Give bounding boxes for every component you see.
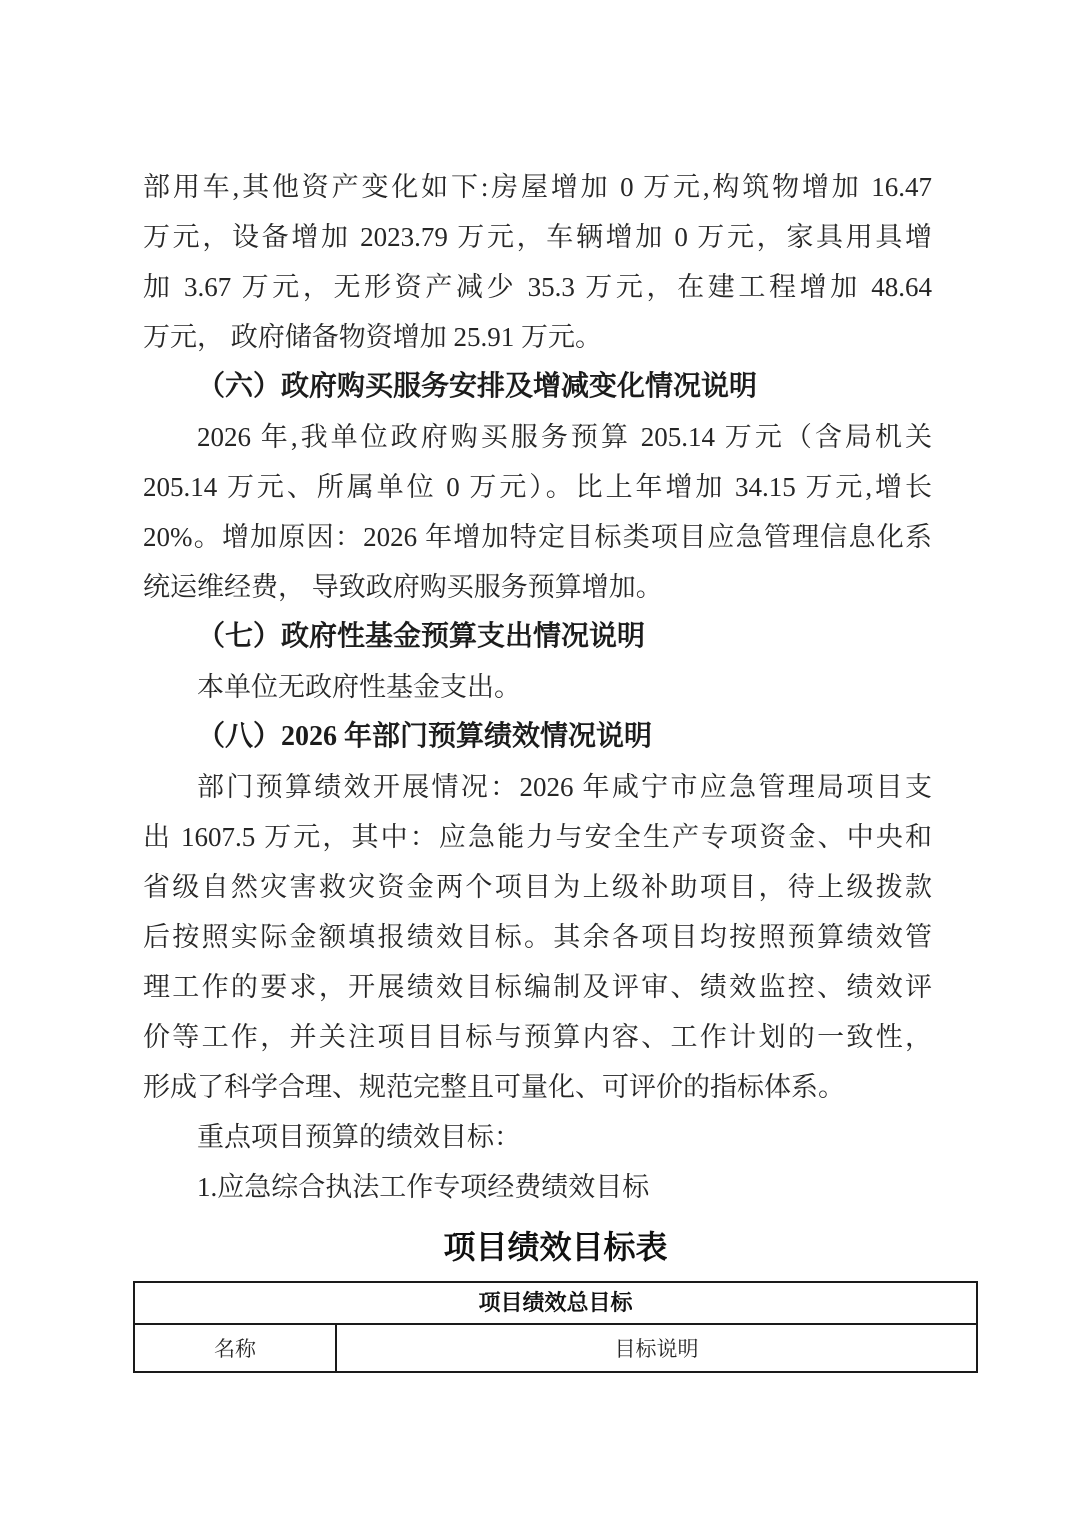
section-heading-7: （七）政府性基金预算支出情况说明 bbox=[143, 612, 932, 662]
text-line: 部门预算绩效开展情况：2026 年咸宁市应急管理局项目支 bbox=[143, 762, 932, 812]
text-line: 20%。增加原因：2026 年增加特定目标类项目应急管理信息化系 bbox=[143, 512, 932, 562]
document-page: 部用车,其他资产变化如下:房屋增加 0 万元,构筑物增加 16.47 万元，设备… bbox=[0, 0, 1074, 1520]
text-line: 万元，设备增加 2023.79 万元，车辆增加 0 万元，家具用具增 bbox=[143, 212, 932, 262]
text-line: 2026 年,我单位政府购买服务预算 205.14 万元（含局机关 bbox=[143, 412, 932, 462]
performance-target-table: 项目绩效总目标 名称 目标说明 bbox=[133, 1281, 978, 1373]
text-line: 205.14 万元、所属单位 0 万元）。比上年增加 34.15 万元,增长 bbox=[143, 462, 932, 512]
section-heading-8: （八）2026 年部门预算绩效情况说明 bbox=[143, 712, 932, 762]
paragraph: 部用车,其他资产变化如下:房屋增加 0 万元,构筑物增加 16.47 万元，设备… bbox=[143, 162, 932, 362]
text-line: 形成了科学合理、规范完整且可量化、可评价的指标体系。 bbox=[143, 1062, 932, 1112]
text-line: 价等工作，并关注项目目标与预算内容、工作计划的一致性， bbox=[143, 1012, 932, 1062]
text-line: 统运维经费， 导致政府购买服务预算增加。 bbox=[143, 562, 932, 612]
table-header-cell: 项目绩效总目标 bbox=[135, 1283, 976, 1325]
text-line: 后按照实际金额填报绩效目标。其余各项目均按照预算绩效管 bbox=[143, 912, 932, 962]
text-line: 重点项目预算的绩效目标： bbox=[143, 1112, 932, 1162]
text-line: 省级自然灾害救灾资金两个项目为上级补助项目，待上级拨款 bbox=[143, 862, 932, 912]
paragraph: 1.应急综合执法工作专项经费绩效目标 bbox=[143, 1162, 932, 1212]
text-line: 部用车,其他资产变化如下:房屋增加 0 万元,构筑物增加 16.47 bbox=[143, 162, 932, 212]
paragraph: 2026 年,我单位政府购买服务预算 205.14 万元（含局机关 205.14… bbox=[143, 412, 932, 612]
document-body: 部用车,其他资产变化如下:房屋增加 0 万元,构筑物增加 16.47 万元，设备… bbox=[143, 162, 932, 1212]
text-line: 1.应急综合执法工作专项经费绩效目标 bbox=[143, 1162, 932, 1212]
text-line: 加 3.67 万元，无形资产减少 35.3 万元，在建工程增加 48.64 bbox=[143, 262, 932, 312]
text-line: 出 1607.5 万元，其中：应急能力与安全生产专项资金、中央和 bbox=[143, 812, 932, 862]
paragraph: 重点项目预算的绩效目标： bbox=[143, 1112, 932, 1162]
text-line: 万元， 政府储备物资增加 25.91 万元。 bbox=[143, 312, 932, 362]
paragraph: 部门预算绩效开展情况：2026 年咸宁市应急管理局项目支 出 1607.5 万元… bbox=[143, 762, 932, 1112]
text-line: 理工作的要求，开展绩效目标编制及评审、绩效监控、绩效评 bbox=[143, 962, 932, 1012]
text-line: 本单位无政府性基金支出。 bbox=[143, 662, 932, 712]
table-cell-goal-description-label: 目标说明 bbox=[337, 1325, 976, 1371]
table-cell-name-label: 名称 bbox=[135, 1325, 337, 1371]
paragraph: 本单位无政府性基金支出。 bbox=[143, 662, 932, 712]
table-row: 名称 目标说明 bbox=[135, 1325, 976, 1371]
section-heading-6: （六）政府购买服务安排及增减变化情况说明 bbox=[143, 362, 932, 412]
table-title: 项目绩效目标表 bbox=[133, 1213, 978, 1281]
